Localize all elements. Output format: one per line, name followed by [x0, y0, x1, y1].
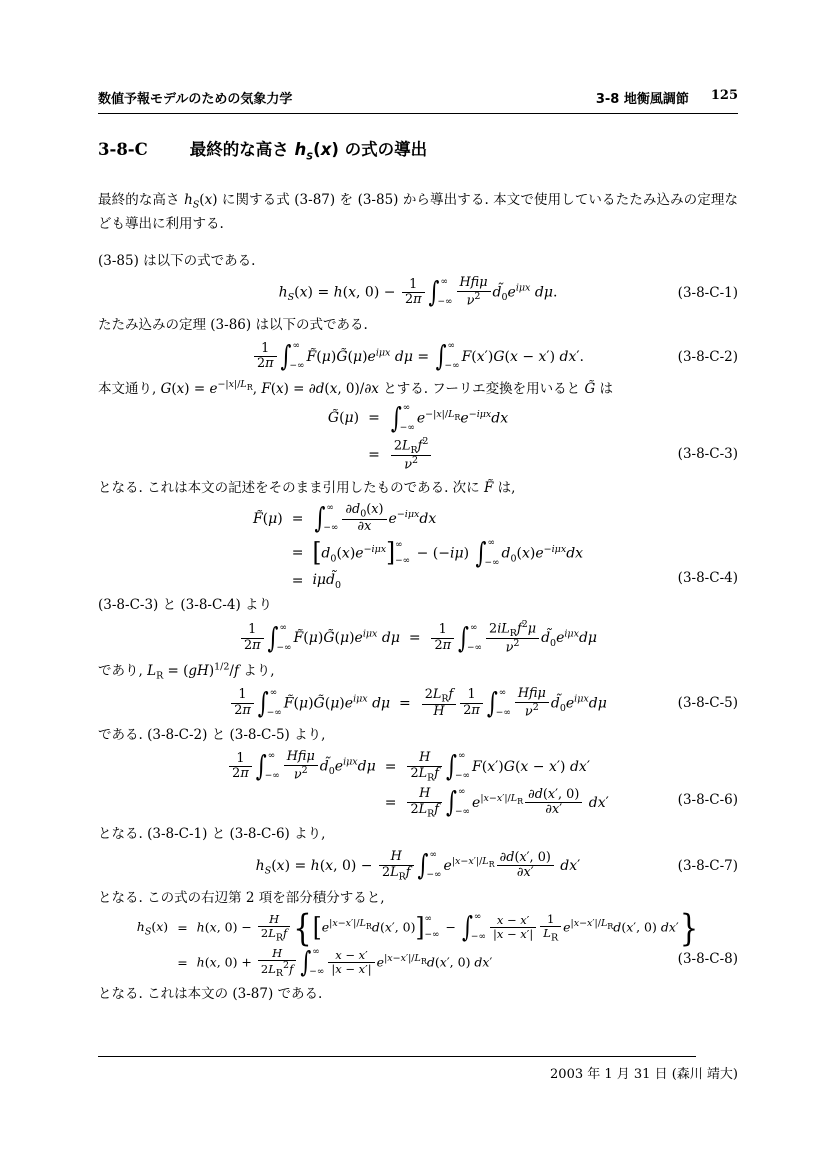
body-paragraph: となる. (3-8-C-1) と (3-8-C-6) より,	[98, 822, 738, 846]
equation-number: (3-8-C-3)	[678, 446, 738, 462]
body-paragraph: である. (3-8-C-2) と (3-8-C-5) より,	[98, 723, 738, 747]
body-paragraph: (3-8-C-3) と (3-8-C-4) より	[98, 593, 738, 617]
page-body: 3-8-C 最終的な高さ hS(x) の式の導出 最終的な高さ hS(x) に関…	[98, 136, 738, 1009]
display-equation-3-8-C-2: 12π∫∞−∞F̃(μ)G̃(μ)eiμx dμ = ∫∞−∞F(x′)G(x …	[98, 340, 738, 374]
body-paragraph: 最終的な高さ hS(x) に関する式 (3-87) を (3-85) から導出す…	[98, 188, 738, 236]
equation-number: (3-8-C-2)	[678, 349, 738, 365]
display-equation-3-8-C-6: 12π∫∞−∞Hfiμν2d̃0eiμxdμ=H2LRf∫∞−∞F(x′)G(x…	[98, 750, 738, 818]
equation-number: (3-8-C-4)	[678, 570, 738, 586]
section-label: 3-8-C	[98, 140, 148, 159]
footer-rule	[98, 1056, 696, 1057]
document-page: 数値予報モデルのための気象力学 3-8 地衡風調節 125 3-8-C 最終的な…	[0, 0, 826, 1169]
header-section-ref: 3-8 地衡風調節	[596, 88, 689, 107]
equation-number: (3-8-C-7)	[678, 858, 738, 874]
display-equation-3-8-C-5: 12π∫∞−∞F̃(μ)G̃(μ)eiμx dμ = 2LRfH12π∫∞−∞H…	[98, 686, 738, 720]
section-title: 最終的な高さ hS(x) の式の導出	[190, 136, 427, 162]
header-right: 3-8 地衡風調節 125	[596, 88, 738, 107]
page-footer: 2003 年 1 月 31 日 (森川 靖大)	[98, 1056, 738, 1082]
equation-body: 12π∫∞−∞F̃(μ)G̃(μ)eiμx dμ = 12π∫∞−∞2iLRf2…	[239, 620, 597, 656]
body-paragraph: となる. これは本文の (3-87) である.	[98, 982, 738, 1006]
header-book-title: 数値予報モデルのための気象力学	[98, 88, 292, 107]
equation-body: 12π∫∞−∞F̃(μ)G̃(μ)eiμx dμ = 2LRfH12π∫∞−∞H…	[229, 687, 607, 720]
equation-body: hS(x) = h(x, 0) − H2LRf∫∞−∞e|x−x′|/LR∂d(…	[256, 850, 581, 882]
body-paragraph: (3-85) は以下の式である.	[98, 249, 738, 273]
body-paragraph: 本文通り, G(x) = e−|x|/LR, F(x) = ∂d(x, 0)/∂…	[98, 377, 738, 401]
display-equation-unnumbered: 12π∫∞−∞F̃(μ)G̃(μ)eiμx dμ = 12π∫∞−∞2iLRf2…	[98, 620, 738, 656]
equation-body: hS(x)=h(x, 0) − H2LRf{[e|x−x′|/LRd(x′, 0…	[137, 913, 699, 979]
equation-body: 12π∫∞−∞Hfiμν2d̃0eiμxdμ=H2LRf∫∞−∞F(x′)G(x…	[227, 750, 609, 818]
equation-body: hS(x) = h(x, 0) − 12π∫∞−∞Hfiμν2d̃0eiμx d…	[279, 276, 558, 309]
body-paragraph: となる. これは本文の記述をそのまま引用したものである. 次に F̃ は,	[98, 476, 738, 500]
display-equation-3-8-C-1: hS(x) = h(x, 0) − 12π∫∞−∞Hfiμν2d̃0eiμx d…	[98, 276, 738, 310]
equation-body: 12π∫∞−∞F̃(μ)G̃(μ)eiμx dμ = ∫∞−∞F(x′)G(x …	[252, 342, 584, 372]
display-equation-3-8-C-3: G̃(μ)=∫∞−∞e−|x|/LRe−iμxdx=2LRf2ν2 (3-8-C…	[98, 404, 738, 473]
equation-body: F̃(μ)=∫∞−∞∂d0(x)∂xe−iμxdx=[d0(x)e−iμx]∞−…	[253, 503, 583, 590]
equation-body: G̃(μ)=∫∞−∞e−|x|/LRe−iμxdx=2LRf2ν2	[328, 404, 508, 473]
header-page-number: 125	[711, 88, 738, 107]
footer-date-author: 2003 年 1 月 31 日 (森川 靖大)	[550, 1067, 738, 1082]
section-heading: 3-8-C 最終的な高さ hS(x) の式の導出	[98, 136, 738, 162]
display-equation-3-8-C-7: hS(x) = h(x, 0) − H2LRf∫∞−∞e|x−x′|/LR∂d(…	[98, 849, 738, 883]
body-paragraph: であり, LR = (gH)1/2/f より,	[98, 659, 738, 683]
equation-number: (3-8-C-1)	[678, 285, 738, 301]
display-equation-3-8-C-8: hS(x)=h(x, 0) − H2LRf{[e|x−x′|/LRd(x′, 0…	[98, 913, 738, 979]
display-equation-3-8-C-4: F̃(μ)=∫∞−∞∂d0(x)∂xe−iμxdx=[d0(x)e−iμx]∞−…	[98, 503, 738, 590]
page-header: 数値予報モデルのための気象力学 3-8 地衡風調節 125	[98, 88, 738, 114]
body-paragraph: となる. この式の右辺第 2 項を部分積分すると,	[98, 886, 738, 910]
body-paragraph: たたみ込みの定理 (3-86) は以下の式である.	[98, 313, 738, 337]
equation-number: (3-8-C-6)	[678, 792, 738, 808]
equation-number: (3-8-C-8)	[678, 951, 738, 967]
equation-number: (3-8-C-5)	[678, 695, 738, 711]
